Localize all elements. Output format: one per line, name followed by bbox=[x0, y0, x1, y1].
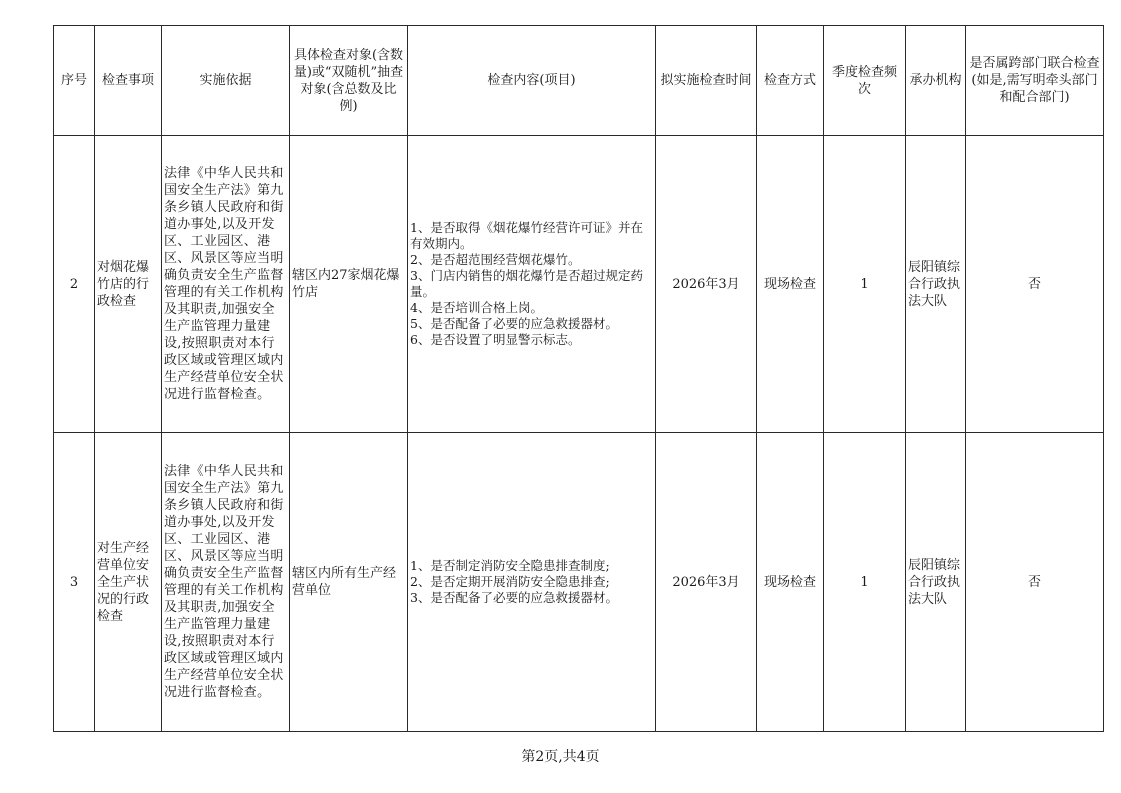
content-line: 1、是否取得《烟花爆竹经营许可证》并在有效期内。 bbox=[410, 220, 653, 252]
cell-agency: 辰阳镇综合行政执法大队 bbox=[906, 433, 966, 732]
header-time: 拟实施检查时间 bbox=[656, 26, 757, 136]
content-line: 6、是否设置了明显警示标志。 bbox=[410, 332, 653, 348]
header-basis: 实施依据 bbox=[162, 26, 290, 136]
content-line: 3、门店内销售的烟花爆竹是否超过规定药量。 bbox=[410, 268, 653, 300]
table-row: 2 对烟花爆竹店的行政检查 法律《中华人民共和国安全生产法》第九条乡镇人民政府和… bbox=[54, 136, 1104, 433]
header-seq: 序号 bbox=[54, 26, 95, 136]
header-content: 检查内容(项目) bbox=[408, 26, 656, 136]
cell-frequency: 1 bbox=[824, 136, 906, 433]
cell-time: 2026年3月 bbox=[656, 136, 757, 433]
cell-target: 辖区内所有生产经营单位 bbox=[290, 433, 408, 732]
header-frequency: 季度检查频次 bbox=[824, 26, 906, 136]
header-joint: 是否属跨部门联合检查(如是,需写明牵头部门和配合部门) bbox=[966, 26, 1104, 136]
header-method: 检查方式 bbox=[757, 26, 824, 136]
header-target: 具体检查对象(含数量)或“双随机”抽查对象(含总数及比例) bbox=[290, 26, 408, 136]
page-indicator: 第2页,共4页 bbox=[0, 746, 1121, 766]
content-line: 3、是否配备了必要的应急救援器材。 bbox=[410, 590, 653, 606]
content-line: 5、是否配备了必要的应急救援器材。 bbox=[410, 316, 653, 332]
document-page: 序号 检查事项 实施依据 具体检查对象(含数量)或“双随机”抽查对象(含总数及比… bbox=[0, 0, 1121, 793]
cell-seq: 3 bbox=[54, 433, 95, 732]
cell-time: 2026年3月 bbox=[656, 433, 757, 732]
cell-basis: 法律《中华人民共和国安全生产法》第九条乡镇人民政府和街道办事处,以及开发区、工业… bbox=[162, 433, 290, 732]
cell-frequency: 1 bbox=[824, 433, 906, 732]
table-row: 3 对生产经营单位安全生产状况的行政检查 法律《中华人民共和国安全生产法》第九条… bbox=[54, 433, 1104, 732]
cell-joint: 否 bbox=[966, 433, 1104, 732]
cell-seq: 2 bbox=[54, 136, 95, 433]
cell-target: 辖区内27家烟花爆竹店 bbox=[290, 136, 408, 433]
header-item: 检查事项 bbox=[95, 26, 162, 136]
header-agency: 承办机构 bbox=[906, 26, 966, 136]
content-line: 2、是否定期开展消防安全隐患排查; bbox=[410, 574, 653, 590]
cell-method: 现场检查 bbox=[757, 433, 824, 732]
inspection-plan-table: 序号 检查事项 实施依据 具体检查对象(含数量)或“双随机”抽查对象(含总数及比… bbox=[53, 25, 1104, 732]
cell-agency: 辰阳镇综合行政执法大队 bbox=[906, 136, 966, 433]
cell-method: 现场检查 bbox=[757, 136, 824, 433]
cell-item: 对生产经营单位安全生产状况的行政检查 bbox=[95, 433, 162, 732]
cell-content: 1、是否制定消防安全隐患排查制度; 2、是否定期开展消防安全隐患排查; 3、是否… bbox=[408, 433, 656, 732]
cell-content: 1、是否取得《烟花爆竹经营许可证》并在有效期内。 2、是否超范围经营烟花爆竹。 … bbox=[408, 136, 656, 433]
cell-basis: 法律《中华人民共和国安全生产法》第九条乡镇人民政府和街道办事处,以及开发区、工业… bbox=[162, 136, 290, 433]
cell-joint: 否 bbox=[966, 136, 1104, 433]
content-line: 1、是否制定消防安全隐患排查制度; bbox=[410, 558, 653, 574]
content-line: 2、是否超范围经营烟花爆竹。 bbox=[410, 252, 653, 268]
cell-item: 对烟花爆竹店的行政检查 bbox=[95, 136, 162, 433]
header-row: 序号 检查事项 实施依据 具体检查对象(含数量)或“双随机”抽查对象(含总数及比… bbox=[54, 26, 1104, 136]
content-line: 4、是否培训合格上岗。 bbox=[410, 300, 653, 316]
